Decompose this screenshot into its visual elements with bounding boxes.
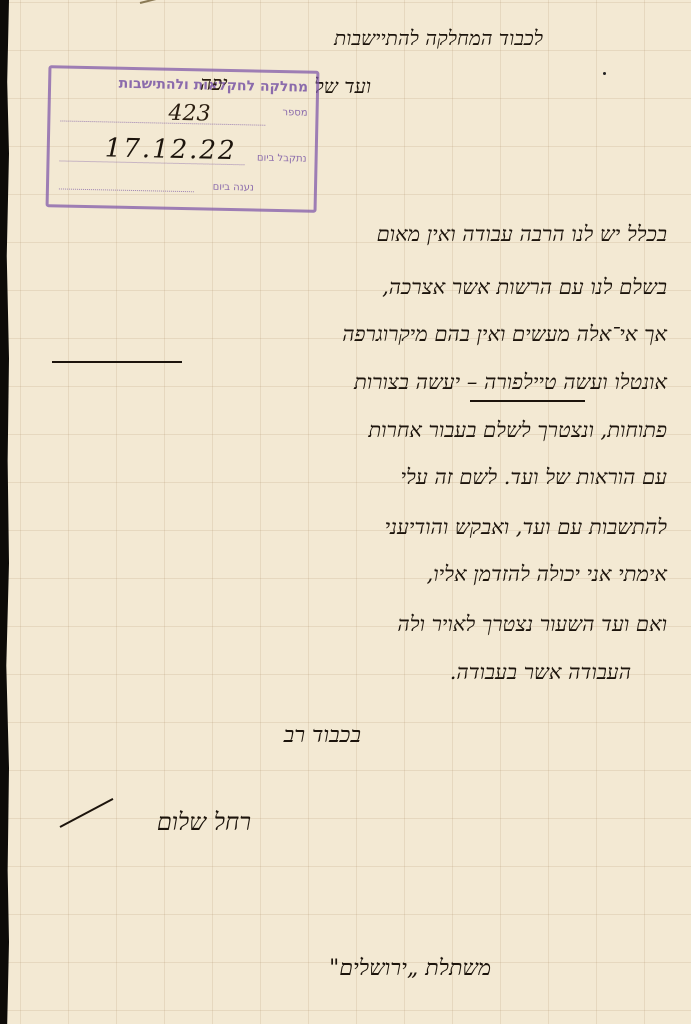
body-line-10: העבודה אשר בעבודה. (450, 660, 631, 685)
addressee-overstamp-word: יפה (200, 71, 227, 96)
body-line-6: עם הוראות של ועד. לשם זה עלי (401, 465, 667, 490)
closing-salutation: בכבוד רב (284, 722, 361, 748)
scan-left-edge (0, 0, 9, 1024)
stamp-received-date: 17.12.22 (104, 133, 236, 166)
footer-organization: משתלת „ירושלים" (329, 955, 491, 981)
underline-word (470, 400, 585, 402)
stamp-number-label: מספר (282, 107, 307, 119)
addressee-line-2: ועד של (314, 74, 371, 99)
stamp-number-value: 423 (168, 101, 211, 127)
stamp-answered-label: נענה ביום (213, 182, 255, 194)
body-line-2: בשלם לנו עם הרשות אשר אצרכה, (382, 275, 667, 300)
underline-micrography (52, 361, 182, 363)
stamp-number-dotline (60, 120, 265, 125)
signature: רחל שלום (157, 808, 251, 837)
body-line-8: אימתי אני יכולה להזדמן אליו, (427, 562, 667, 587)
receiving-stamp: מחלקה לחקלאות ולהתישבות מספר 423 נתקבל ב… (46, 65, 320, 213)
body-line-4: אונטלו ועשה טיילפורה – יעשה בצורות (354, 370, 667, 395)
body-line-1: בכלל יש לנו הרבה עבודה ואין מאום (377, 222, 667, 247)
ink-dot (603, 72, 606, 75)
body-line-3: אך אי־אלה מעשים ואין בהם מיקרוגרפה (342, 322, 667, 347)
body-line-5: פתוחות, ונצטרך לשלם בעבור אחרות (368, 418, 667, 443)
stamp-answered-dotline (59, 188, 194, 192)
stamp-received-label: נתקבל ביום (257, 153, 307, 165)
body-line-9: ואם ועד השעור נצטרך לאויר ולה (397, 612, 667, 637)
addressee-line-1: לכבוד המחלקה להתיישבות (334, 26, 543, 51)
body-line-7: להתשבות עם ועד, ואבקש והודיעני (385, 515, 667, 540)
